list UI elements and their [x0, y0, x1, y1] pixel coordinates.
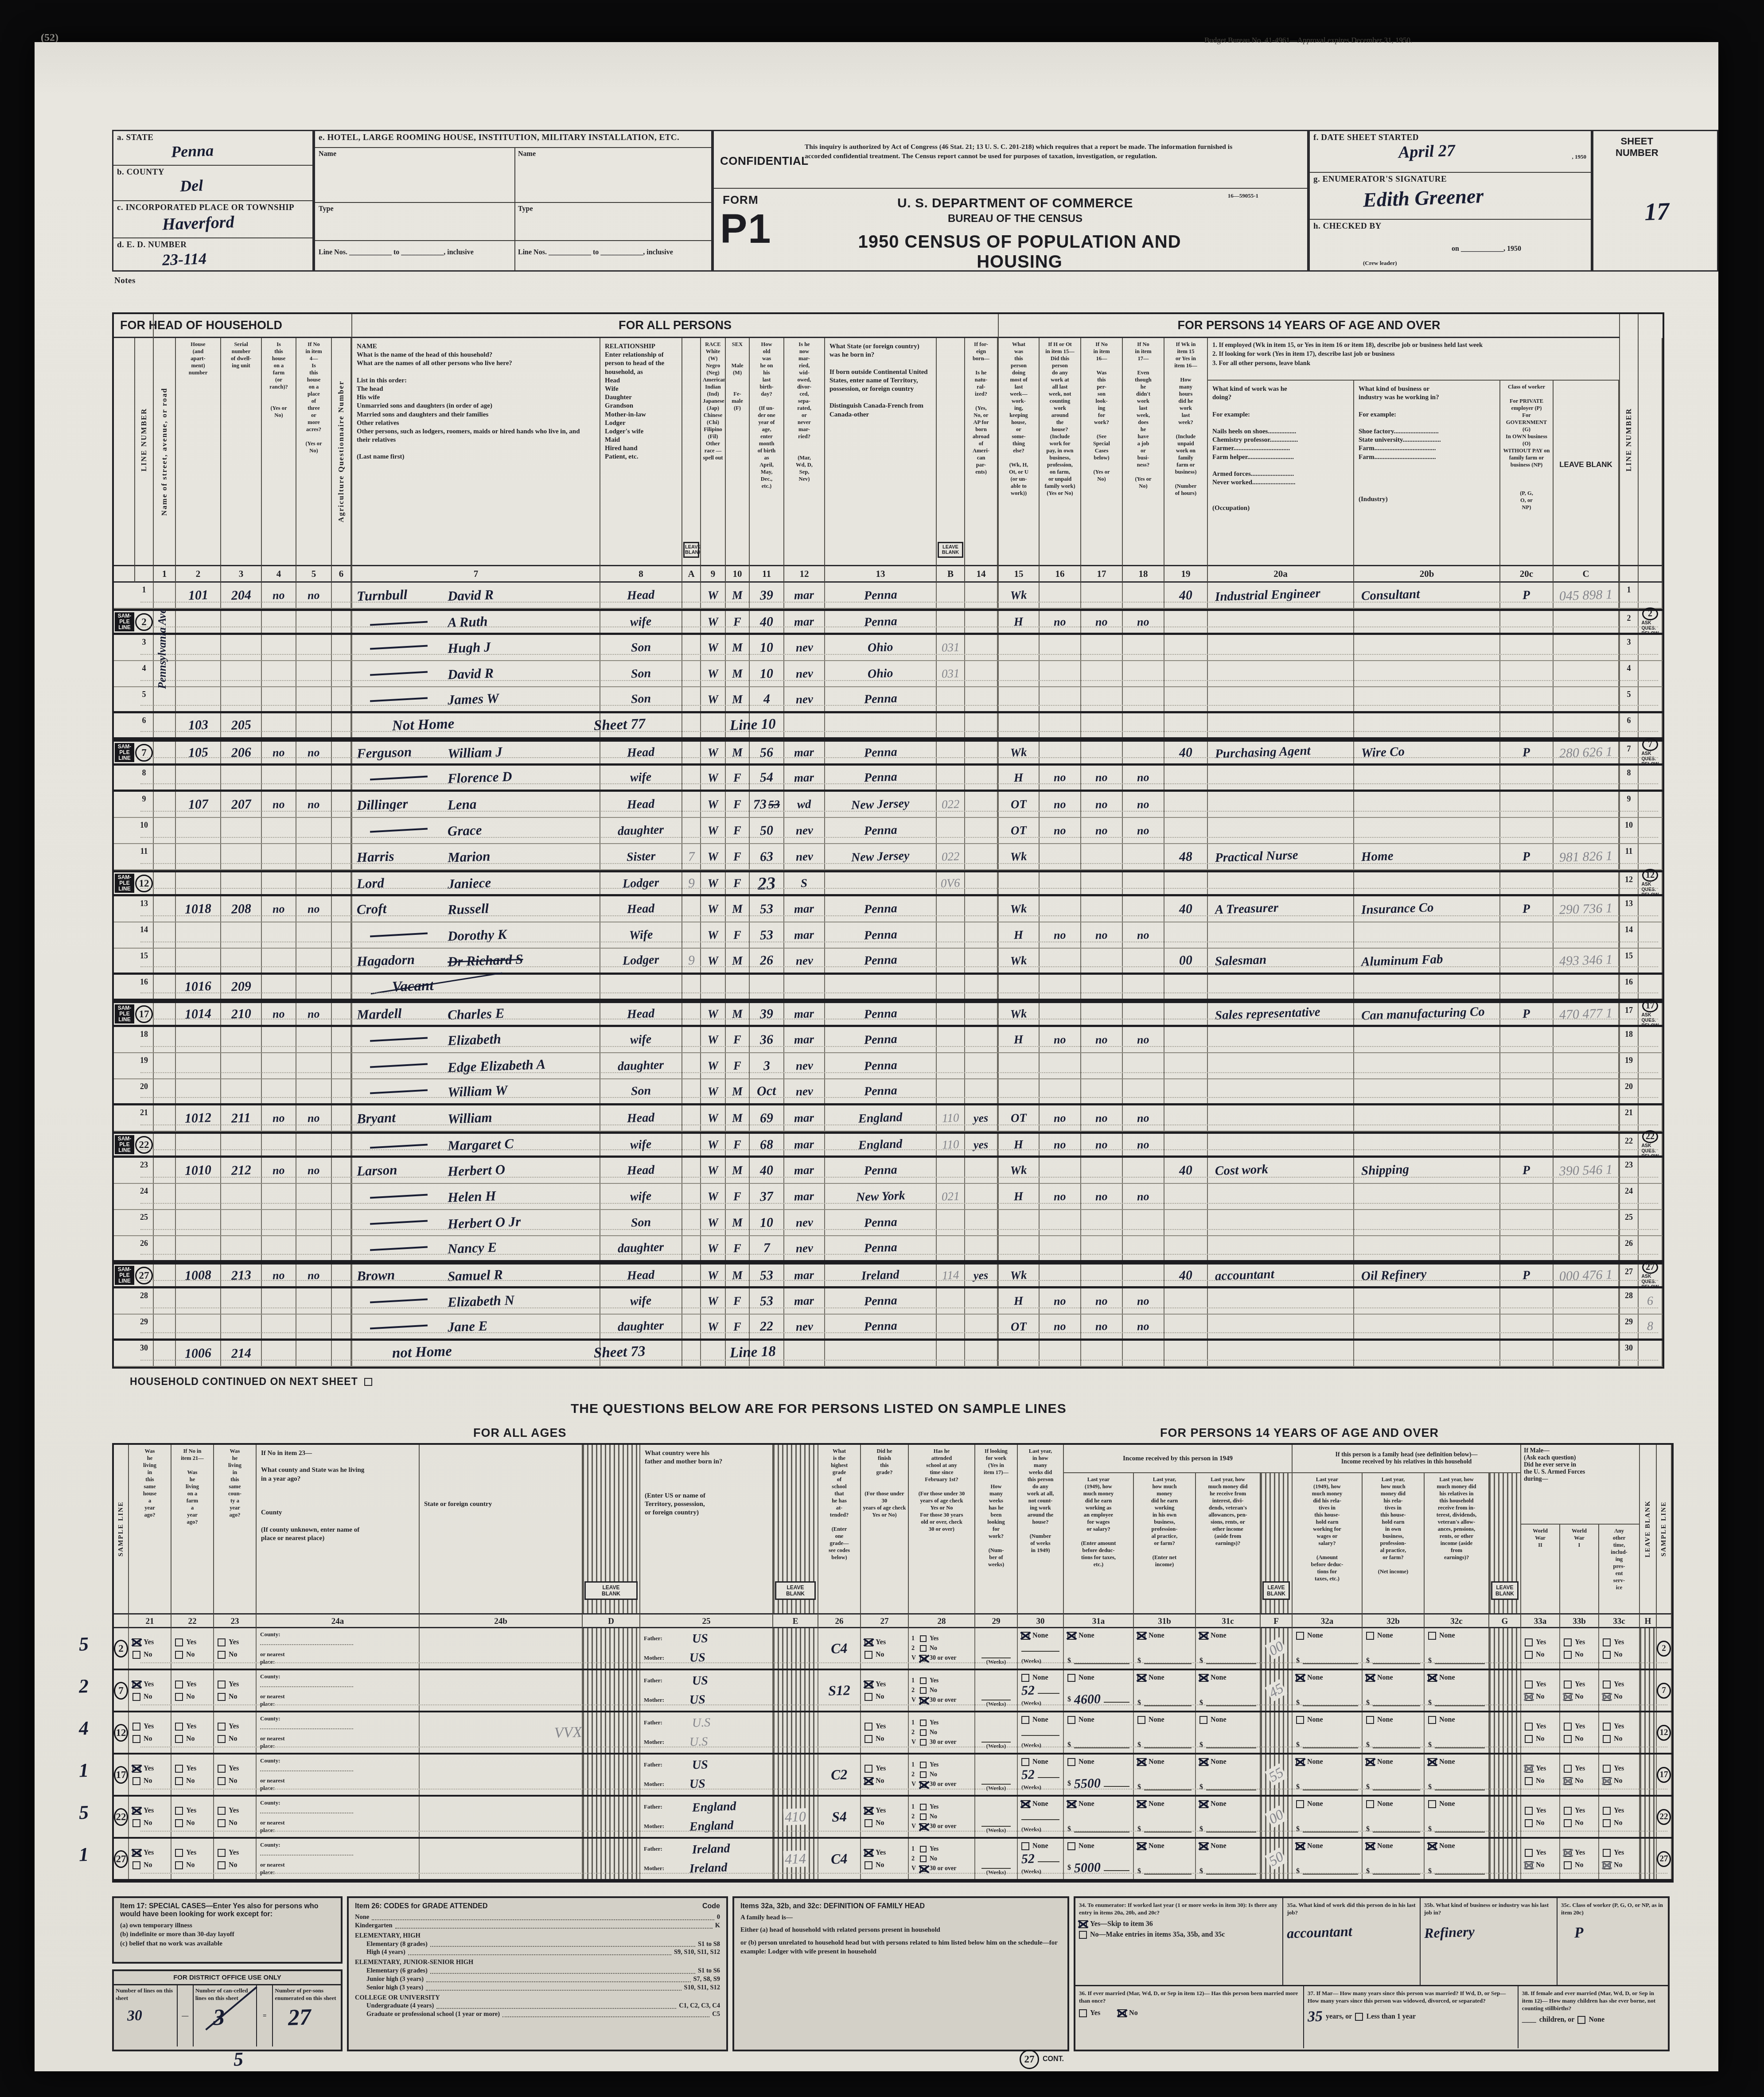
- d15-value: Wk: [1010, 953, 1028, 968]
- age-value: 22: [759, 1319, 773, 1334]
- header-geo-block: a. STATE Penna b. COUNTY Del c. INCORPOR…: [112, 130, 314, 272]
- bottom-cell-q33a-row12: YesNo: [1521, 1712, 1560, 1753]
- occ-value: Industrial Engineer: [1215, 586, 1320, 604]
- mar-value: mar: [794, 1137, 814, 1152]
- line-number-right: 24: [1625, 1187, 1633, 1196]
- bottom-header-G: LEAVE BLANK: [1489, 1473, 1521, 1613]
- column-header-18: If No in item 17— Even though he didn't …: [1123, 338, 1164, 565]
- yes-label: Yes: [1575, 1638, 1585, 1646]
- w16-value: no: [1054, 824, 1066, 837]
- none-row: None: [1428, 1674, 1455, 1682]
- cell-w16-row17: [1040, 1003, 1081, 1025]
- column-number-8: 8: [600, 565, 682, 583]
- cell-ind-row15: Aluminum Fab: [1354, 949, 1500, 973]
- cell-race-row27: W: [701, 1264, 726, 1286]
- sample-number-circled-right: 12: [1657, 1725, 1671, 1741]
- option-prefix: 1: [911, 1762, 917, 1769]
- birthplace-code-pencil: 022: [941, 797, 960, 811]
- bottom-cell-q23-row22: YesNo: [214, 1797, 257, 1837]
- cell-d15-row6: [999, 713, 1040, 737]
- cell-race-row6: [701, 713, 726, 737]
- cell-A-row27: [682, 1264, 701, 1286]
- amount-line: [1373, 1868, 1420, 1875]
- cell-B-row28: [937, 1288, 965, 1314]
- yes-checkbox: [1564, 1765, 1572, 1773]
- bottom-cell-q25-row22: Father:EnglandMother:England: [640, 1797, 773, 1837]
- cell-street-row29: [154, 1315, 176, 1338]
- yes-row: Yes: [175, 1681, 196, 1688]
- pencil-mark-right: 8: [1647, 1319, 1653, 1334]
- nat-value: yes: [974, 1111, 989, 1125]
- cell-sampleL-row15: [114, 949, 135, 973]
- cell-serial-row21: 211: [221, 1105, 262, 1131]
- cell-serial-row7: 206: [221, 742, 262, 763]
- yes-label: Yes: [1575, 1849, 1585, 1857]
- occupation-code-pencil: 981 826 1: [1559, 848, 1612, 865]
- cell-C-row12: [1554, 872, 1620, 894]
- none-label: None: [1307, 1674, 1323, 1682]
- bottom-cell-q23-row17: YesNo: [214, 1755, 257, 1795]
- amount-line: [1074, 1826, 1129, 1832]
- bottom-header-23: Was he living in this same coun- ty a ye…: [214, 1445, 257, 1613]
- cell-sampleL-row30: [114, 1341, 135, 1366]
- cell-rln-row12: 12: [1620, 872, 1639, 894]
- line-number-right: 23: [1625, 1160, 1633, 1170]
- cell-house-row16: 1016: [176, 975, 221, 999]
- bottom-cell-q26-row27: C4: [818, 1839, 861, 1879]
- amount-row: $: [1296, 1699, 1358, 1707]
- none-label: None: [1032, 1674, 1048, 1682]
- rel-value: Head: [627, 1163, 655, 1178]
- cell-house-row22: [176, 1134, 221, 1155]
- item37-less-checkbox: [1355, 2013, 1363, 2021]
- yes-row: Yes: [1525, 1807, 1546, 1815]
- d15-value: Wk: [1010, 588, 1028, 602]
- sample-number-circled-right: 27: [1657, 1851, 1671, 1867]
- cell-C-row18: [1554, 1027, 1620, 1052]
- bureau-title: BUREAU OF THE CENSUS: [847, 213, 1184, 225]
- bottom-cell-F-row2: 00: [1261, 1628, 1293, 1669]
- cell-race-row3: W: [701, 635, 726, 660]
- yes-label: Yes: [229, 1638, 239, 1646]
- cell-sampleL-row29: [114, 1315, 135, 1338]
- cell-A-row21: [682, 1105, 701, 1131]
- leave-blank-box: LEAVE BLANK: [1262, 1581, 1290, 1600]
- cell-farm-row1: no: [262, 583, 296, 608]
- cell-acres-row9: no: [296, 792, 332, 817]
- age-value: 68: [759, 1137, 773, 1152]
- dotted-leader: [395, 1922, 713, 1929]
- census-title: 1950 CENSUS OF POPULATION AND HOUSING: [820, 232, 1219, 272]
- given-name: James W: [447, 690, 499, 708]
- sex-value: M: [732, 902, 743, 916]
- cell-acres-row8: [296, 766, 332, 790]
- cell-rln-row25: 25: [1620, 1210, 1639, 1235]
- house-value: 1014: [184, 1006, 211, 1022]
- mar-value: mar: [794, 1111, 814, 1125]
- cell-d15-row20: [999, 1079, 1040, 1103]
- cell-j18-row12: [1123, 872, 1164, 894]
- highest-grade-value: S4: [831, 1808, 847, 1825]
- father-row: Father:US: [644, 1632, 708, 1646]
- cell-age-row19: 3: [750, 1053, 784, 1078]
- none-row: None: [1199, 1800, 1227, 1808]
- dollar-sign: $: [1296, 1741, 1300, 1749]
- ind-value: Insurance Co: [1361, 900, 1434, 918]
- race-value: W: [707, 1241, 718, 1255]
- none-checkbox: [1199, 1632, 1207, 1640]
- cell-ln-row24: 24: [135, 1184, 154, 1209]
- bottom-header-29: If looking for work (Yes in item 17)— Ho…: [975, 1445, 1018, 1613]
- none-row: None: [1067, 1716, 1094, 1724]
- cell-sampleL-row8: [114, 766, 135, 790]
- hotel-type-label-2: Type: [518, 205, 533, 213]
- cell-rln-row4: 4: [1620, 661, 1639, 686]
- bp-value: Penna: [864, 1319, 897, 1334]
- cell-mar-row15: nev: [784, 949, 825, 973]
- yes-label: Yes: [1536, 1723, 1546, 1731]
- sample-number-circled: 27: [114, 1850, 128, 1868]
- bottom-number-32b: 32b: [1363, 1613, 1425, 1628]
- ed-number-value: 23-114: [162, 249, 206, 269]
- sample-line-marker: SAM- PLE LINE: [115, 1135, 134, 1154]
- bp-value: Penna: [864, 770, 897, 786]
- cell-w16-row8: no: [1040, 766, 1081, 790]
- yes-checkbox: [1603, 1807, 1611, 1815]
- cell-farm-row6: [262, 713, 296, 737]
- relationship-code-pencil: 7: [688, 849, 695, 864]
- column-number-6: 6: [332, 565, 352, 583]
- no-label: No: [186, 1861, 195, 1869]
- definition-line1: A family head is—: [740, 1913, 1061, 1922]
- bp-value: New York: [856, 1189, 905, 1205]
- sex-value: M: [732, 746, 743, 760]
- yes-label: Yes: [229, 1681, 239, 1688]
- cell-mar-row26: nev: [784, 1236, 825, 1260]
- cell-h19-row24: [1164, 1184, 1208, 1209]
- cell-rln-row16: 16: [1620, 975, 1639, 999]
- cell-farm-row27: no: [262, 1264, 296, 1286]
- cell-age-row10: 50: [750, 818, 784, 843]
- section-title-all-persons: FOR ALL PERSONS: [352, 314, 999, 338]
- column-header-1: Name of street, avenue, or road: [154, 338, 176, 565]
- amount-line: [1144, 1784, 1192, 1790]
- cell-j18-row21: no: [1123, 1105, 1164, 1131]
- leave-blank-box: LEAVE BLANK: [775, 1581, 816, 1600]
- line-number: 6: [142, 716, 146, 725]
- cell-rln-row13: 13: [1620, 896, 1639, 922]
- cell-serial-row23: 212: [221, 1158, 262, 1183]
- none-label: None: [1149, 1842, 1164, 1850]
- cell-A-row11: 7: [682, 844, 701, 869]
- ditto-dash: [370, 1144, 428, 1149]
- mother-row: Mother:England: [644, 1819, 734, 1833]
- cell-agri-row14: [332, 922, 352, 948]
- none-row: None: [1366, 1800, 1393, 1808]
- household-note: not Home: [392, 1343, 452, 1362]
- cell-sex-row22: F: [726, 1134, 750, 1155]
- birthplace-code-pencil: 031: [941, 666, 960, 681]
- no-row: No: [132, 1651, 152, 1659]
- bottom-number-27: 27: [861, 1613, 909, 1628]
- cell-farm-row28: [262, 1288, 296, 1314]
- age-value: 53: [759, 927, 773, 943]
- none-row: None: [1137, 1716, 1164, 1724]
- yes-checkbox: [1525, 1681, 1533, 1688]
- cell-d15-row30: [999, 1341, 1040, 1366]
- code-label: Undergraduate (4 years): [355, 2002, 434, 2010]
- option-checkbox: [920, 1729, 927, 1736]
- yes-row: Yes: [864, 1681, 886, 1688]
- bottom-cell-q27-row22: YesNo: [861, 1797, 909, 1837]
- occ-value: A Treasurer: [1215, 901, 1278, 918]
- cell-rsample-row27: 27ASK QUES. BELOW: [1639, 1264, 1663, 1286]
- cell-cls-row20: [1500, 1079, 1554, 1103]
- mother-row: Mother:US: [644, 1777, 705, 1791]
- house-value: 101: [188, 587, 208, 603]
- bottom-cell-F-row12: [1261, 1712, 1293, 1753]
- cell-house-row24: [176, 1184, 221, 1209]
- bottom-cell-q33b-row2: YesNo: [1560, 1628, 1599, 1669]
- sample-circled-right: 7: [1642, 738, 1658, 751]
- option-prefix: 1: [911, 1804, 917, 1811]
- column-header-5: If No in item 4— Is this house on a plac…: [296, 338, 332, 565]
- no-checkbox: [218, 1861, 226, 1869]
- no-checkbox: [1525, 1651, 1533, 1659]
- cell-w16-row25: [1040, 1210, 1081, 1235]
- cell-bp-row3: Ohio: [825, 635, 937, 660]
- line-number: 16: [140, 977, 148, 987]
- cell-w16-row19: [1040, 1053, 1081, 1078]
- leave-blank-box: LEAVE BLANK: [683, 542, 699, 558]
- cell-cls-row26: [1500, 1236, 1554, 1260]
- column-header-14: If for- eign born— Is he natu- ral- ized…: [965, 338, 999, 565]
- column-number-rsample: [1639, 565, 1663, 583]
- cell-ind-row21: [1354, 1105, 1500, 1131]
- cell-agri-row29: [332, 1315, 352, 1338]
- cell-B-row12: 0V6: [937, 872, 965, 894]
- column-number-3: 3: [221, 565, 262, 583]
- column-header-20a: What kind of work was he doing? For exam…: [1208, 381, 1354, 565]
- amount-line: [1303, 1742, 1358, 1748]
- cell-race-row13: W: [701, 896, 726, 922]
- census-row-1: 1101204nonoTurnbullDavid RHeadWM39marPen…: [114, 583, 1663, 609]
- cell-house-row27: 1008: [176, 1264, 221, 1286]
- cell-sampleL-row26: [114, 1236, 135, 1260]
- option-label: 30 or over: [930, 1823, 956, 1830]
- house-value: 1010: [184, 1162, 211, 1178]
- cell-sampleL-row9: [114, 792, 135, 817]
- no-row: No: [218, 1735, 238, 1743]
- cell-mar-row17: mar: [784, 1003, 825, 1025]
- mother-row: Mother:Ireland: [644, 1861, 728, 1875]
- cell-l17-row20: [1081, 1079, 1123, 1103]
- cell-A-row12: 9: [682, 872, 701, 894]
- no-label: No: [144, 1735, 152, 1743]
- nat-value: yes: [974, 1268, 989, 1282]
- cell-h19-row4: [1164, 661, 1208, 686]
- cell-rsample-row10: [1639, 818, 1663, 843]
- cell-C-row15: 493 346 1: [1554, 949, 1620, 973]
- cell-ind-row26: [1354, 1236, 1500, 1260]
- column-header-C: LEAVE BLANK: [1554, 381, 1620, 565]
- cell-agri-row13: [332, 896, 352, 922]
- cell-C-row23: 390 546 1: [1554, 1158, 1620, 1183]
- cell-acres-row1: no: [296, 583, 332, 608]
- census-row-13: 131018208nonoCroftRussellHeadWM53marPenn…: [114, 896, 1663, 922]
- option-prefix: V: [911, 1865, 917, 1872]
- none-label: None: [1032, 1842, 1048, 1850]
- none-label: None: [1307, 1800, 1323, 1808]
- cell-street-row17: [154, 1003, 176, 1025]
- none-label: None: [1032, 1716, 1048, 1724]
- cell-agri-row4: [332, 661, 352, 686]
- serial-value: 212: [231, 1163, 251, 1179]
- farm-value: no: [273, 902, 285, 916]
- cell-race-row24: W: [701, 1184, 726, 1209]
- none-checkbox: [1021, 1716, 1029, 1724]
- cell-sex-row12: F: [726, 872, 750, 894]
- bottom-header-E: LEAVE BLANK: [773, 1445, 818, 1613]
- weeks-label: (Weeks): [986, 1700, 1006, 1708]
- father-row: Father:England: [644, 1800, 736, 1814]
- cell-d15-row2: H: [999, 611, 1040, 633]
- cell-ln-row5: 5: [135, 687, 154, 711]
- cell-bp-row1: Penna: [825, 583, 937, 608]
- column-number-13: 13: [825, 565, 937, 583]
- no-checkbox: [1564, 1735, 1572, 1743]
- cell-j18-row28: no: [1123, 1288, 1164, 1314]
- yes-row: Yes: [864, 1765, 886, 1773]
- line-number: 20: [140, 1082, 148, 1091]
- dotted-leader: [372, 1913, 714, 1920]
- cell-bp-row29: Penna: [825, 1315, 937, 1338]
- cell-nat-row25: [965, 1210, 999, 1235]
- bottom-cell-a32a-row7: None$: [1293, 1670, 1363, 1711]
- weeks-label: (Weeks): [1021, 1742, 1041, 1749]
- cell-rln-row20: 20: [1620, 1079, 1639, 1103]
- cell-mar-row16: [784, 975, 825, 999]
- county-label: b. COUNTY: [117, 167, 164, 177]
- item17-a: (a) own temporary illness: [120, 1921, 335, 1930]
- dollar-sign: $: [1366, 1741, 1370, 1749]
- line-number-circled: 2: [135, 613, 153, 631]
- enumerator-signature: Edith Greener: [1363, 184, 1484, 211]
- cell-acres-row19: [296, 1053, 332, 1078]
- cell-sampleL-row11: [114, 844, 135, 869]
- cell-cls-row9: [1500, 792, 1554, 817]
- cell-rel-row8: wife: [600, 766, 682, 790]
- grade-area-pencil: 414: [783, 1850, 807, 1867]
- w16-value: no: [1054, 928, 1066, 942]
- cell-age-row22: 68: [750, 1134, 784, 1155]
- bottom-cell-a31c-row17: None$: [1196, 1755, 1261, 1795]
- sample-lines-table: Income received by this person in 1949If…: [112, 1443, 1674, 1883]
- option-checkbox: [920, 1687, 927, 1694]
- bottom-cell-q29-row27: (Weeks): [975, 1839, 1018, 1879]
- none-label: None: [1211, 1716, 1227, 1724]
- bottom-cell-rs-row7: 7: [1657, 1670, 1672, 1711]
- sex-value: M: [732, 1268, 743, 1283]
- cell-d15-row29: OT: [999, 1315, 1040, 1338]
- yes-label: Yes: [1536, 1849, 1546, 1857]
- mar-value: mar: [794, 1268, 814, 1283]
- cell-mar-row29: nev: [784, 1315, 825, 1338]
- cell-acres-row2: [296, 611, 332, 633]
- cell-B-row26: [937, 1236, 965, 1260]
- cell-cls-row19: [1500, 1053, 1554, 1078]
- census-row-27: SAM- PLE LINE271008213nonoBrownSamuel RH…: [114, 1262, 1663, 1288]
- yes-label: Yes: [1614, 1638, 1624, 1646]
- no-label: No: [1536, 1735, 1545, 1743]
- cell-age-row1: 39: [750, 583, 784, 608]
- amount-line: [1303, 1826, 1358, 1832]
- cell-sex-row20: M: [726, 1079, 750, 1103]
- yes-row: Yes: [1603, 1638, 1624, 1646]
- cell-sex-row4: M: [726, 661, 750, 686]
- bottom-number-H: H: [1640, 1613, 1657, 1628]
- item35b-value: Refinery: [1424, 1922, 1475, 1943]
- cell-ind-row18: [1354, 1027, 1500, 1052]
- cell-sex-row19: F: [726, 1053, 750, 1078]
- mar-value: mar: [794, 615, 814, 629]
- cell-mar-row9: wd: [784, 792, 825, 817]
- cell-rel-row3: Son: [600, 635, 682, 660]
- acres-value: no: [308, 1163, 320, 1177]
- bottom-cell-F-row27: 50: [1261, 1839, 1293, 1879]
- cell-d15-row8: H: [999, 766, 1040, 790]
- cell-bp-row21: England: [825, 1105, 937, 1131]
- line-number-right: 21: [1625, 1108, 1633, 1117]
- household-continued: HOUSEHOLD CONTINUED ON NEXT SHEET: [130, 1376, 372, 1388]
- cell-occ-row1: Industrial Engineer: [1208, 583, 1354, 608]
- dollar-sign: $: [1137, 1825, 1141, 1833]
- cell-w16-row11: [1040, 844, 1081, 869]
- cell-acres-row29: [296, 1315, 332, 1338]
- cell-agri-row1: [332, 583, 352, 608]
- cell-farm-row4: [262, 661, 296, 686]
- household-note: Line 18: [729, 1343, 776, 1362]
- farm-value: no: [273, 1268, 285, 1282]
- ditto-dash: [370, 1063, 428, 1068]
- cell-d15-row25: [999, 1210, 1040, 1235]
- cell-C-row13: 290 736 1: [1554, 896, 1620, 922]
- cell-w16-row18: no: [1040, 1027, 1081, 1052]
- q28-option-row: V30 or over: [911, 1823, 956, 1830]
- item35b-cell: 35b. What kind of business or industry w…: [1421, 1898, 1558, 1985]
- dollar-sign: $: [1296, 1783, 1300, 1791]
- bottom-number-G: G: [1489, 1613, 1521, 1628]
- cell-sex-row3: M: [726, 635, 750, 660]
- bottom-number-32c: 32c: [1425, 1613, 1489, 1628]
- cls-value: P: [1523, 1007, 1530, 1021]
- rel-value: daughter: [618, 1319, 664, 1334]
- cell-farm-row9: no: [262, 792, 296, 817]
- ask-questions-below: ASK QUES. BELOW: [1641, 882, 1659, 898]
- cell-race-row15: W: [701, 949, 726, 973]
- cell-name-row24: Helen H: [352, 1184, 600, 1209]
- mar-value: nev: [795, 1319, 813, 1334]
- bottom-header-26: What is the highest grade of school that…: [818, 1445, 861, 1613]
- amount-row: $: [1428, 1825, 1485, 1833]
- none-label: None: [1211, 1674, 1227, 1682]
- bottom-cell-a32a-row2: None$: [1293, 1628, 1363, 1669]
- cell-ln-row12: 12: [135, 872, 154, 894]
- cell-rln-row8: 8: [1620, 766, 1639, 790]
- cell-name-row13: CroftRussell: [352, 896, 600, 922]
- item37-years-value: 35: [1307, 2008, 1323, 2025]
- q28-option-row: 1Yes: [911, 1635, 938, 1642]
